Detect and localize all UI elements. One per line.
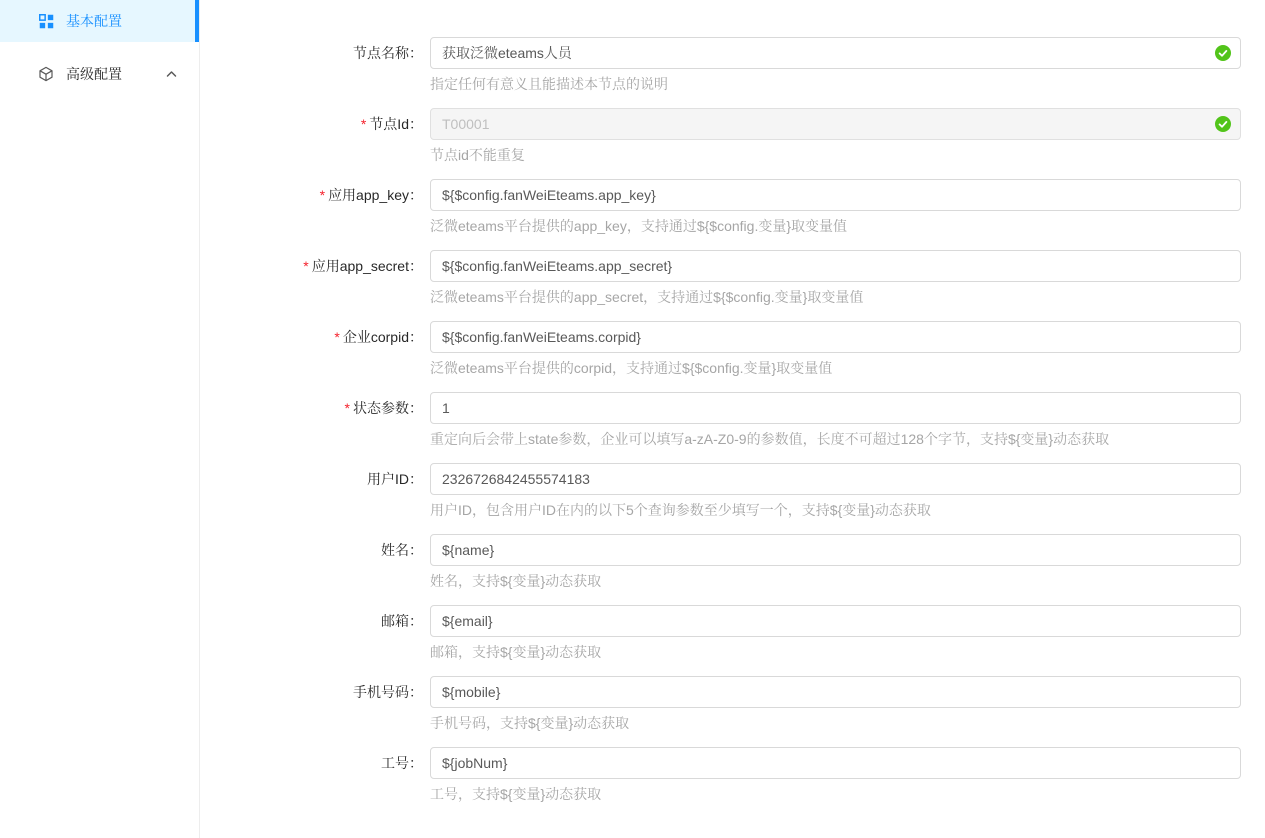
sidebar-item-basic-config[interactable]: 基本配置 (0, 0, 199, 42)
form-row: *手机号码： 手机号码，支持${变量}动态获取 (200, 676, 1265, 733)
field-label-text: 节点Id (369, 116, 409, 132)
form-row: *应用app_secret： 泛微eteams平台提供的app_secret，支… (200, 250, 1265, 307)
label-colon: ： (409, 45, 423, 61)
field-label: *状态参数： (200, 392, 430, 449)
field-control: 手机号码，支持${变量}动态获取 (430, 676, 1241, 733)
field-help-text: 重定向后会带上state参数，企业可以填写a-zA-Z0-9的参数值，长度不可超… (430, 429, 1241, 449)
field-input[interactable] (430, 179, 1241, 211)
chevron-up-icon[interactable] (166, 71, 177, 78)
field-input[interactable] (430, 321, 1241, 353)
label-colon: ： (409, 684, 423, 700)
appstore-icon (38, 13, 54, 29)
label-colon: ： (409, 755, 423, 771)
field-control: 姓名，支持${变量}动态获取 (430, 534, 1241, 591)
required-asterisk: * (361, 116, 366, 132)
label-colon: ： (409, 116, 423, 132)
field-help-text: 泛微eteams平台提供的app_key，支持通过${$config.变量}取变… (430, 216, 1241, 236)
label-colon: ： (409, 542, 423, 558)
field-control: 泛微eteams平台提供的corpid，支持通过${$config.变量}取变量… (430, 321, 1241, 378)
sidebar-item-label: 基本配置 (66, 11, 122, 31)
field-control: 泛微eteams平台提供的app_secret，支持通过${$config.变量… (430, 250, 1241, 307)
field-label-text: 工号 (381, 755, 409, 771)
field-label-text: 邮箱 (381, 613, 409, 629)
form-row: *用户ID： 用户ID，包含用户ID在内的以下5个查询参数至少填写一个，支持${… (200, 463, 1265, 520)
field-input[interactable] (430, 534, 1241, 566)
field-help-text: 姓名，支持${变量}动态获取 (430, 571, 1241, 591)
field-input[interactable] (430, 108, 1241, 140)
success-check-icon (1215, 116, 1231, 132)
sidebar: 基本配置 高级配置 (0, 0, 200, 838)
required-asterisk: * (345, 400, 350, 416)
required-asterisk: * (303, 258, 308, 274)
field-help-text: 泛微eteams平台提供的corpid，支持通过${$config.变量}取变量… (430, 358, 1241, 378)
field-label-text: 企业corpid (343, 329, 409, 345)
field-label-text: 节点名称 (353, 45, 409, 61)
form-row: *应用app_key： 泛微eteams平台提供的app_key，支持通过${$… (200, 179, 1265, 236)
field-help-text: 节点id不能重复 (430, 145, 1241, 165)
field-label-text: 用户ID (367, 471, 409, 487)
field-control: 泛微eteams平台提供的app_key，支持通过${$config.变量}取变… (430, 179, 1241, 236)
label-colon: ： (409, 471, 423, 487)
field-help-text: 用户ID，包含用户ID在内的以下5个查询参数至少填写一个，支持${变量}动态获取 (430, 500, 1241, 520)
field-input[interactable] (430, 250, 1241, 282)
form-row: *邮箱： 邮箱，支持${变量}动态获取 (200, 605, 1265, 662)
sidebar-item-label: 高级配置 (66, 64, 122, 84)
field-label: *节点Id： (200, 108, 430, 165)
field-control: 节点id不能重复 (430, 108, 1241, 165)
field-label: *姓名： (200, 534, 430, 591)
field-label-text: 姓名 (381, 542, 409, 558)
sidebar-item-advanced-config[interactable]: 高级配置 (0, 53, 199, 95)
label-colon: ： (409, 329, 423, 345)
field-input[interactable] (430, 37, 1241, 69)
form-row: *企业corpid： 泛微eteams平台提供的corpid，支持通过${$co… (200, 321, 1265, 378)
field-input[interactable] (430, 676, 1241, 708)
field-label: *应用app_key： (200, 179, 430, 236)
field-label-text: 状态参数 (353, 400, 409, 416)
field-control: 指定任何有意义且能描述本节点的说明 (430, 37, 1241, 94)
label-colon: ： (409, 613, 423, 629)
field-help-text: 泛微eteams平台提供的app_secret，支持通过${$config.变量… (430, 287, 1241, 307)
field-label: *节点名称： (200, 37, 430, 94)
field-label-text: 手机号码 (353, 684, 409, 700)
field-control: 用户ID，包含用户ID在内的以下5个查询参数至少填写一个，支持${变量}动态获取 (430, 463, 1241, 520)
field-label: *应用app_secret： (200, 250, 430, 307)
config-panel: *节点名称： 指定任何有意义且能描述本节点的说明 *节点Id： (200, 0, 1265, 838)
field-label: *手机号码： (200, 676, 430, 733)
field-input[interactable] (430, 747, 1241, 779)
field-label: *企业corpid： (200, 321, 430, 378)
required-asterisk: * (334, 329, 339, 345)
form-row: *姓名： 姓名，支持${变量}动态获取 (200, 534, 1265, 591)
field-control: 重定向后会带上state参数，企业可以填写a-zA-Z0-9的参数值，长度不可超… (430, 392, 1241, 449)
field-label: *邮箱： (200, 605, 430, 662)
form-row: *节点Id： 节点id不能重复 (200, 108, 1265, 165)
form-row: *节点名称： 指定任何有意义且能描述本节点的说明 (200, 37, 1265, 94)
field-help-text: 指定任何有意义且能描述本节点的说明 (430, 74, 1241, 94)
field-label: *用户ID： (200, 463, 430, 520)
field-label-text: 应用app_secret (312, 258, 409, 274)
field-input[interactable] (430, 463, 1241, 495)
field-help-text: 邮箱，支持${变量}动态获取 (430, 642, 1241, 662)
cube-icon (38, 66, 54, 82)
field-help-text: 手机号码，支持${变量}动态获取 (430, 713, 1241, 733)
config-form: *节点名称： 指定任何有意义且能描述本节点的说明 *节点Id： (200, 0, 1265, 804)
field-label: *工号： (200, 747, 430, 804)
form-row: *状态参数： 重定向后会带上state参数，企业可以填写a-zA-Z0-9的参数… (200, 392, 1265, 449)
success-check-icon (1215, 45, 1231, 61)
field-control: 邮箱，支持${变量}动态获取 (430, 605, 1241, 662)
field-label-text: 应用app_key (328, 187, 409, 203)
field-help-text: 工号，支持${变量}动态获取 (430, 784, 1241, 804)
field-input[interactable] (430, 392, 1241, 424)
label-colon: ： (409, 400, 423, 416)
label-colon: ： (409, 258, 423, 274)
field-control: 工号，支持${变量}动态获取 (430, 747, 1241, 804)
required-asterisk: * (320, 187, 325, 203)
field-input[interactable] (430, 605, 1241, 637)
label-colon: ： (409, 187, 423, 203)
form-row: *工号： 工号，支持${变量}动态获取 (200, 747, 1265, 804)
